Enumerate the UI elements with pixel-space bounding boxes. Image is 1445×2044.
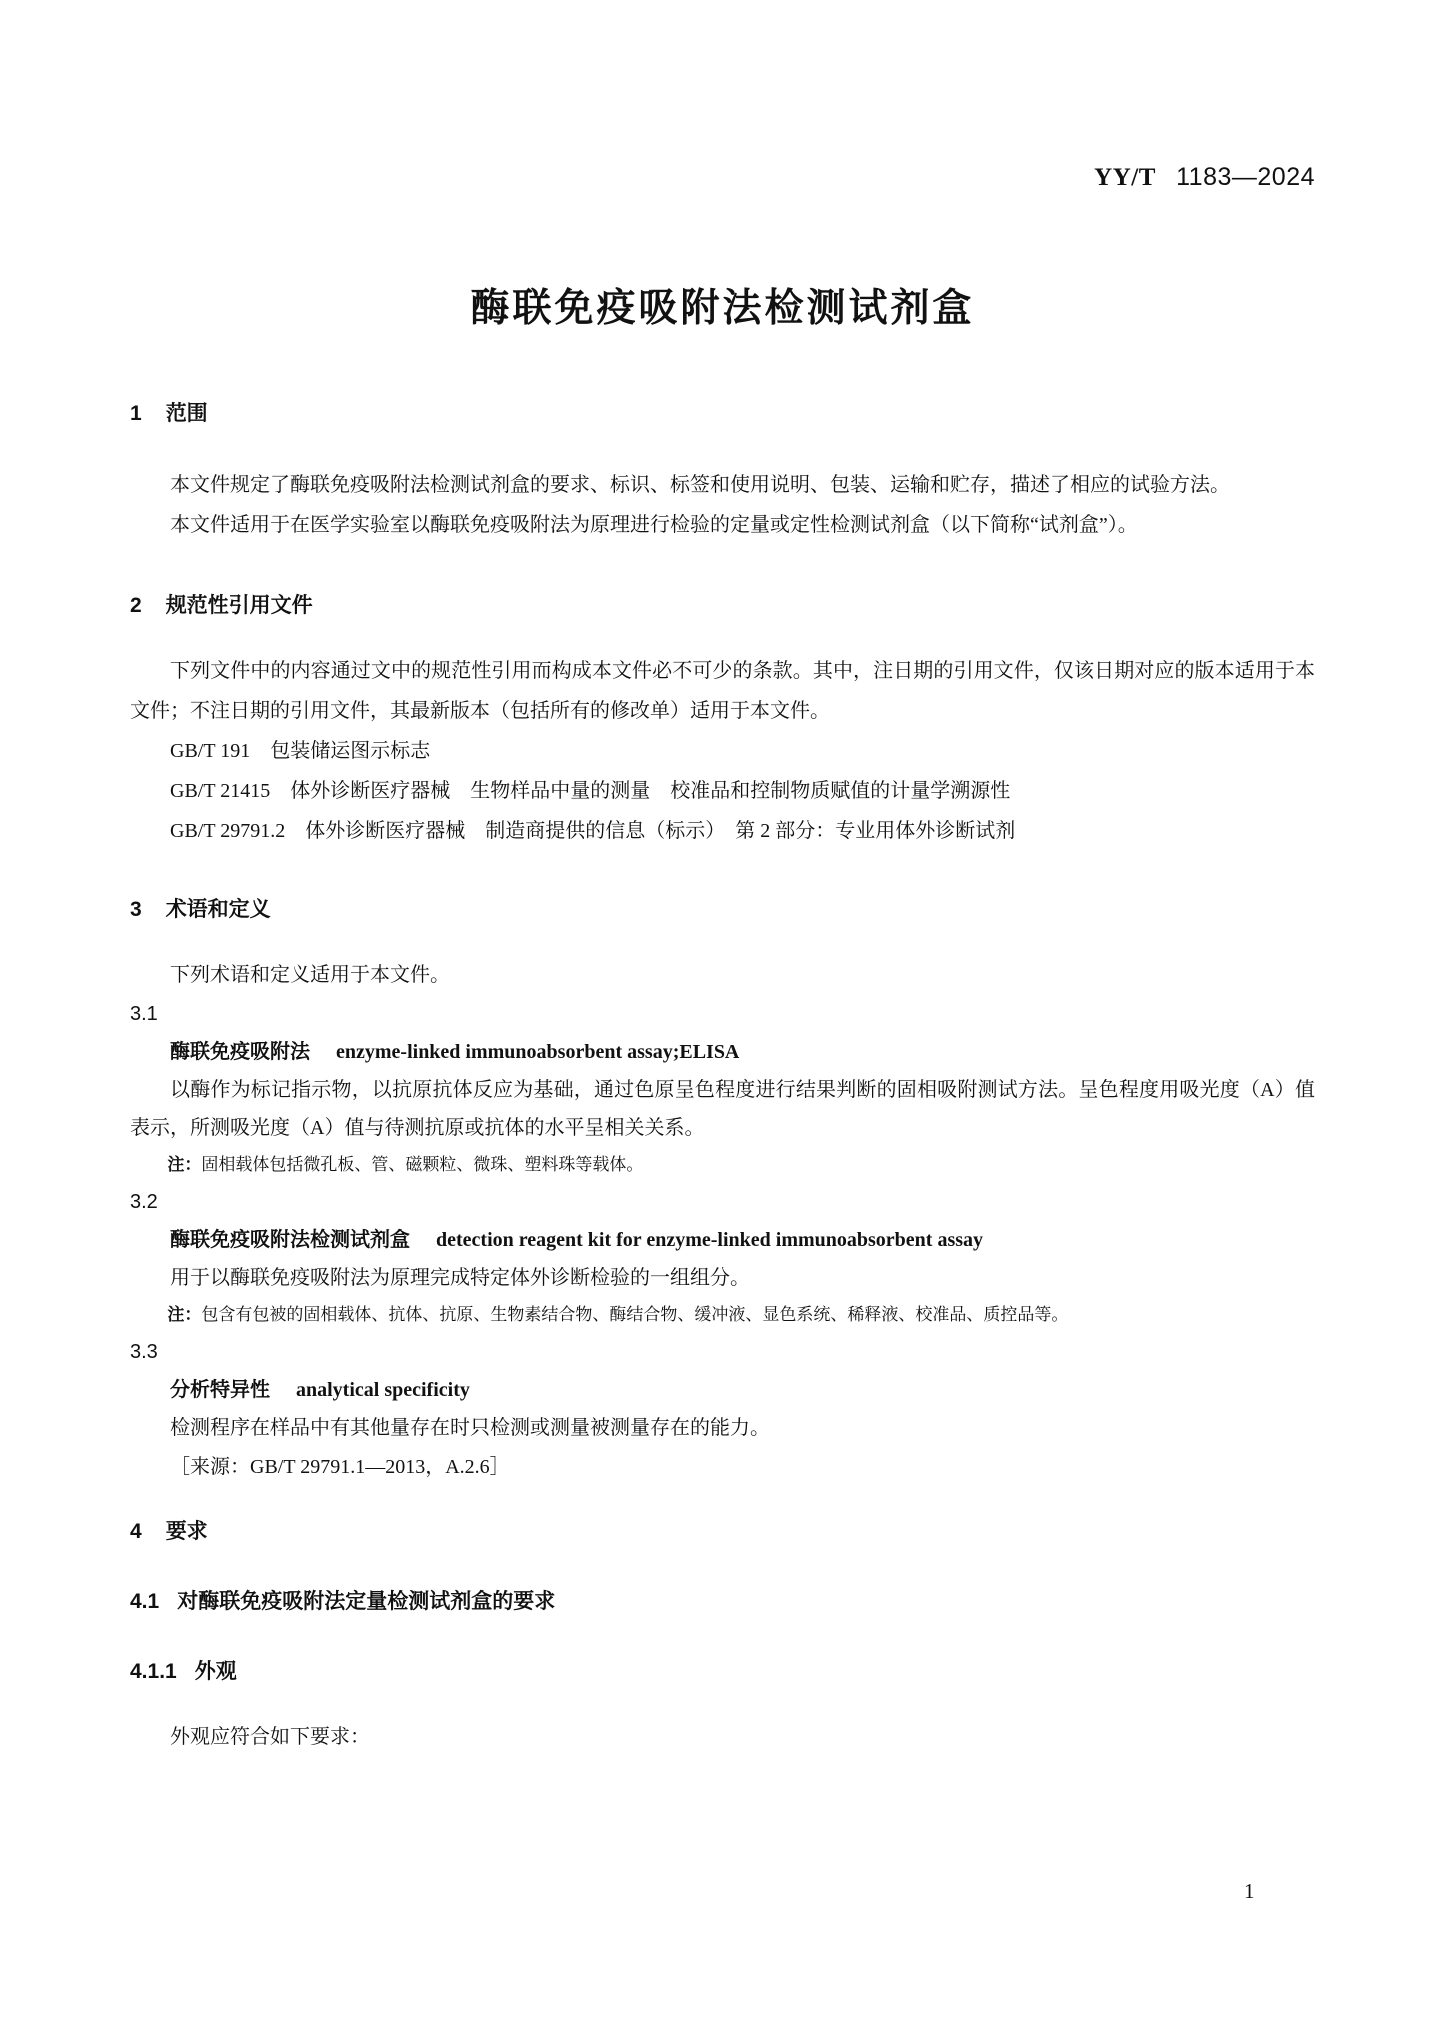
section-2-number: 2 — [130, 594, 142, 617]
term-3-2-note: 注：包含有包被的固相载体、抗体、抗原、生物素结合物、酶结合物、缓冲液、显色系统、… — [130, 1297, 1315, 1333]
section-4-1-1-heading: 4.1.1外观 — [130, 1657, 1315, 1687]
term-3-3-definition: 检测程序在样品中有其他量存在时只检测或测量被测量存在的能力。 — [130, 1409, 1315, 1447]
section-4-1-1-paragraph: 外观应符合如下要求： — [130, 1717, 1315, 1757]
term-3-2-number: 3.2 — [130, 1183, 1315, 1221]
term-3-1-note: 注：固相载体包括微孔板、管、磁颗粒、微珠、塑料珠等载体。 — [130, 1147, 1315, 1183]
section-1-heading: 1范围 — [130, 399, 1315, 429]
section-1-title: 范围 — [166, 402, 208, 425]
term-3-1-definition: 以酶作为标记指示物，以抗原抗体反应为基础，通过色原呈色程度进行结果判断的固相吸附… — [130, 1071, 1315, 1147]
section-1-paragraph-2: 本文件适用于在医学实验室以酶联免疫吸附法为原理进行检验的定量或定性检测试剂盒（以… — [130, 505, 1315, 545]
document-page: YY/T 1183—2024 酶联免疫吸附法检测试剂盒 1范围 本文件规定了酶联… — [0, 0, 1445, 2044]
section-4-1-1-title: 外观 — [195, 1660, 237, 1683]
section-4-1-title: 对酶联免疫吸附法定量检测试剂盒的要求 — [177, 1590, 555, 1613]
term-3-3-number: 3.3 — [130, 1333, 1315, 1371]
document-title: 酶联免疫吸附法检测试剂盒 — [130, 283, 1315, 335]
section-3-title: 术语和定义 — [166, 898, 271, 921]
reference-item: GB/T 21415 体外诊断医疗器械 生物样品中量的测量 校准品和控制物质赋值… — [130, 771, 1315, 811]
term-3-2-line: 酶联免疫吸附法检测试剂盒detection reagent kit for en… — [130, 1221, 1315, 1259]
section-4-heading: 4要求 — [130, 1517, 1315, 1547]
section-4-1-1-number: 4.1.1 — [130, 1660, 177, 1683]
section-4-title: 要求 — [166, 1520, 208, 1543]
section-1-paragraph-1: 本文件规定了酶联免疫吸附法检测试剂盒的要求、标识、标签和使用说明、包装、运输和贮… — [130, 465, 1315, 505]
term-3-2-zh: 酶联免疫吸附法检测试剂盒 — [170, 1229, 410, 1251]
reference-item: GB/T 191 包装储运图示标志 — [130, 731, 1315, 771]
note-text: 包含有包被的固相载体、抗体、抗原、生物素结合物、酶结合物、缓冲液、显色系统、稀释… — [201, 1305, 1068, 1324]
term-3-1-en: enzyme-linked immunoabsorbent assay;ELIS… — [336, 1041, 739, 1063]
term-3-1-number: 3.1 — [130, 995, 1315, 1033]
section-1-number: 1 — [130, 402, 142, 425]
standard-code-prefix: YY/T — [1094, 164, 1156, 191]
section-2-intro: 下列文件中的内容通过文中的规范性引用而构成本文件必不可少的条款。其中，注日期的引… — [130, 651, 1315, 731]
note-label: 注： — [167, 1305, 201, 1324]
section-3-number: 3 — [130, 898, 142, 921]
term-3-3-source: ［来源：GB/T 29791.1—2013，A.2.6］ — [130, 1447, 1315, 1487]
section-4-number: 4 — [130, 1520, 142, 1543]
section-4-1-heading: 4.1对酶联免疫吸附法定量检测试剂盒的要求 — [130, 1587, 1315, 1617]
term-3-3-zh: 分析特异性 — [170, 1379, 270, 1401]
term-3-1-line: 酶联免疫吸附法enzyme-linked immunoabsorbent ass… — [130, 1033, 1315, 1071]
section-3-intro: 下列术语和定义适用于本文件。 — [130, 955, 1315, 995]
term-3-3-en: analytical specificity — [296, 1379, 470, 1401]
page-number: 1 — [1244, 1876, 1255, 1906]
note-text: 固相载体包括微孔板、管、磁颗粒、微珠、塑料珠等载体。 — [201, 1155, 643, 1174]
note-label: 注： — [167, 1155, 201, 1174]
section-3-heading: 3术语和定义 — [130, 895, 1315, 925]
term-3-1-zh: 酶联免疫吸附法 — [170, 1041, 310, 1063]
standard-code-number: 1183—2024 — [1176, 163, 1315, 191]
section-2-heading: 2规范性引用文件 — [130, 591, 1315, 621]
section-4-1-number: 4.1 — [130, 1590, 159, 1613]
term-3-2-en: detection reagent kit for enzyme-linked … — [436, 1229, 983, 1251]
section-2-title: 规范性引用文件 — [166, 594, 313, 617]
term-3-2-definition: 用于以酶联免疫吸附法为原理完成特定体外诊断检验的一组组分。 — [130, 1259, 1315, 1297]
term-3-3-line: 分析特异性analytical specificity — [130, 1371, 1315, 1409]
reference-item: GB/T 29791.2 体外诊断医疗器械 制造商提供的信息（标示） 第 2 部… — [130, 811, 1315, 851]
standard-code: YY/T 1183—2024 — [130, 0, 1315, 193]
